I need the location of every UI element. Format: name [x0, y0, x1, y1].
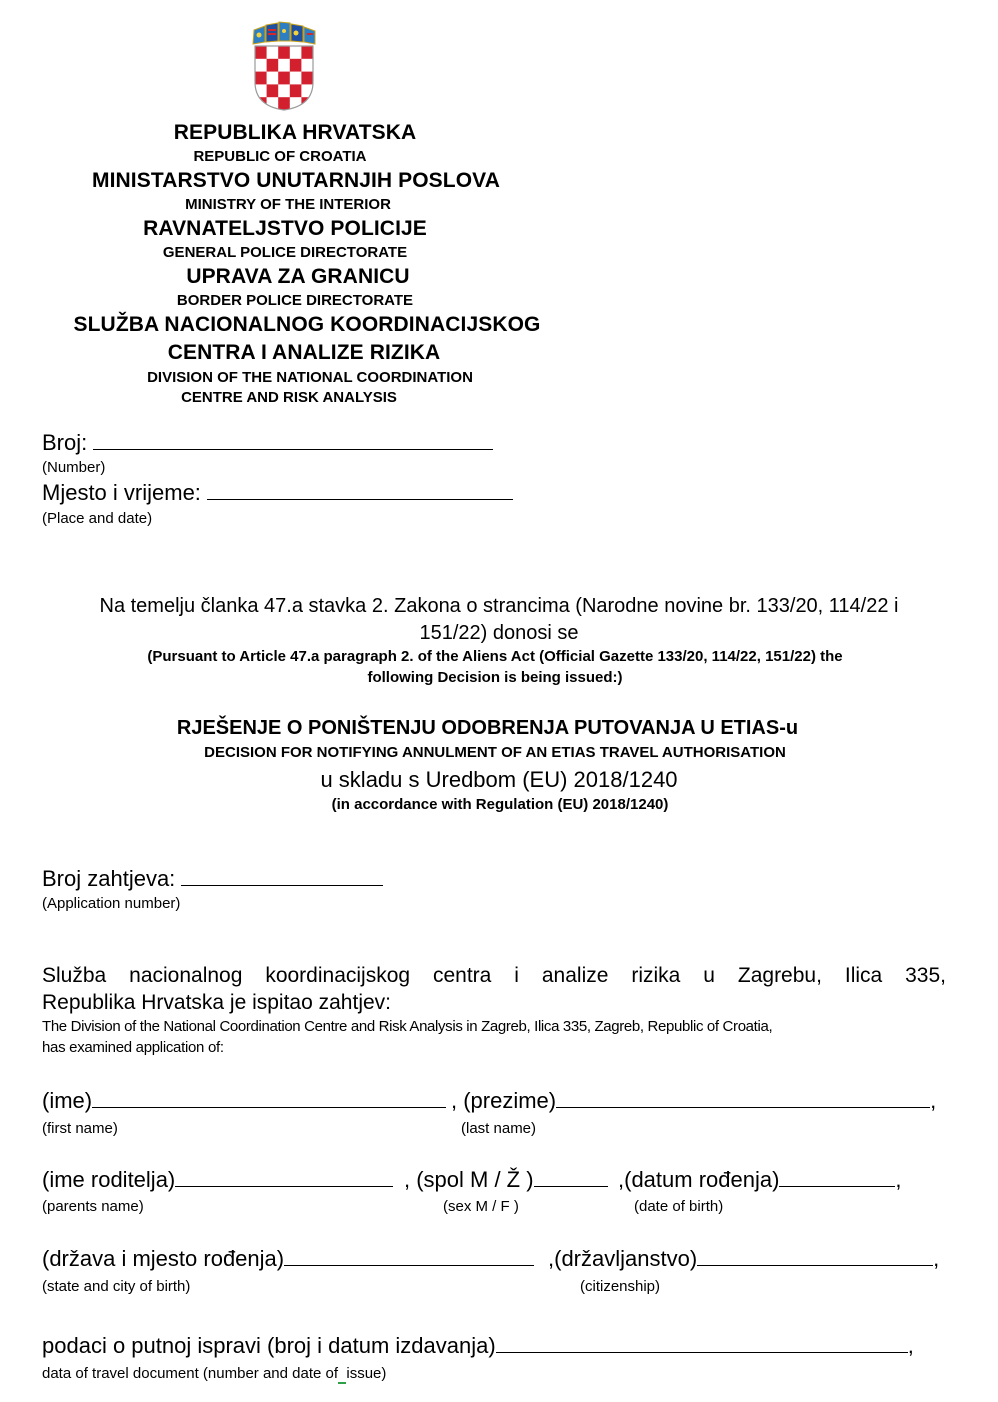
examined-en-line2: has examined application of: — [42, 1039, 224, 1056]
header-line: SLUŽBA NACIONALNOG KOORDINACIJSKOG — [0, 313, 614, 337]
separator: , — [933, 1246, 939, 1271]
travel-document-input[interactable] — [496, 1334, 908, 1353]
number-sublabel: (Number) — [42, 459, 105, 476]
number-input[interactable] — [93, 431, 493, 450]
header-line: CENTRE AND RISK ANALYSIS — [0, 389, 578, 406]
first-name-input[interactable] — [92, 1089, 446, 1108]
examined-en-line1: The Division of the National Coordinatio… — [42, 1018, 772, 1035]
last-name-label: , (prezime) — [451, 1088, 556, 1113]
parents-name-label: (ime roditelja) — [42, 1167, 175, 1192]
sex-sublabel: (sex M / F ) — [443, 1198, 519, 1215]
travel-document-label: podaci o putnoj ispravi (broj i datum iz… — [42, 1333, 496, 1358]
travel-document-sublabel-text: issue) — [346, 1365, 386, 1382]
citizenship-field[interactable]: ,(državljanstvo), — [548, 1246, 939, 1272]
citizenship-label: ,(državljanstvo) — [548, 1246, 697, 1271]
date-of-birth-sublabel: (date of birth) — [634, 1198, 723, 1215]
croatian-coat-of-arms-icon — [249, 20, 319, 112]
application-number-field[interactable]: Broj zahtjeva: — [42, 866, 383, 892]
header-line: MINISTARSTVO UNUTARNJIH POSLOVA — [0, 169, 592, 193]
birth-place-field[interactable]: (država i mjesto rođenja) — [42, 1246, 534, 1272]
application-number-input[interactable] — [181, 867, 383, 886]
header-line: REPUBLIKA HRVATSKA — [0, 121, 590, 145]
legal-basis-hr-line1: Na temelju članka 47.a stavka 2. Zakona … — [0, 595, 998, 618]
travel-document-field[interactable]: podaci o putnoj ispravi (broj i datum iz… — [42, 1333, 914, 1359]
separator: , — [908, 1333, 914, 1358]
legal-basis-en-line2: following Decision is being issued:) — [0, 669, 990, 686]
separator: , — [895, 1167, 901, 1192]
legal-basis-en-line1: (Pursuant to Article 47.a paragraph 2. o… — [0, 648, 990, 665]
header-line: DIVISION OF THE NATIONAL COORDINATION — [0, 369, 620, 386]
regulation-hr: u skladu s Uredbom (EU) 2018/1240 — [0, 767, 998, 793]
date-of-birth-input[interactable] — [779, 1168, 895, 1187]
first-name-field[interactable]: (ime) — [42, 1088, 446, 1114]
sex-label: , (spol M / Ž ) — [404, 1167, 534, 1192]
number-field[interactable]: Broj: — [42, 430, 493, 456]
birth-place-sublabel: (state and city of birth) — [42, 1278, 190, 1295]
number-label: Broj: — [42, 430, 87, 455]
birth-place-input[interactable] — [284, 1247, 534, 1266]
citizenship-sublabel: (citizenship) — [580, 1278, 660, 1295]
separator: , — [930, 1088, 936, 1113]
header-line: RAVNATELJSTVO POLICIJE — [0, 217, 570, 241]
decision-title-en: DECISION FOR NOTIFYING ANNULMENT OF AN E… — [0, 744, 990, 761]
parents-name-sublabel: (parents name) — [42, 1198, 144, 1215]
last-name-sublabel: (last name) — [461, 1120, 536, 1137]
examined-hr-line2: Republika Hrvatska je ispitao zahtjev: — [42, 991, 391, 1015]
regulation-en: (in accordance with Regulation (EU) 2018… — [0, 796, 998, 813]
date-of-birth-label: ,(datum rođenja) — [618, 1167, 779, 1192]
place-date-field[interactable]: Mjesto i vrijeme: — [42, 480, 513, 506]
parents-name-field[interactable]: (ime roditelja) — [42, 1167, 393, 1193]
sex-input[interactable] — [534, 1168, 608, 1187]
header-line: REPUBLIC OF CROATIA — [0, 148, 560, 165]
travel-document-sublabel-text: data of travel document (number and date… — [42, 1365, 338, 1382]
legal-basis-hr-line2: 151/22) donosi se — [0, 622, 998, 645]
decision-title-hr: RJEŠENJE O PONIŠTENJU ODOBRENJA PUTOVANJ… — [0, 717, 975, 740]
header-line: MINISTRY OF THE INTERIOR — [0, 196, 576, 213]
place-date-sublabel: (Place and date) — [42, 510, 152, 527]
place-date-label: Mjesto i vrijeme: — [42, 480, 201, 505]
last-name-input[interactable] — [556, 1089, 930, 1108]
header-line: CENTRA I ANALIZE RIZIKA — [0, 341, 608, 365]
application-number-sublabel: (Application number) — [42, 895, 180, 912]
examined-hr-line1: Služba nacionalnog koordinacijskog centr… — [42, 964, 946, 988]
sex-field[interactable]: , (spol M / Ž ) — [404, 1167, 608, 1193]
place-date-input[interactable] — [207, 481, 513, 500]
first-name-sublabel: (first name) — [42, 1120, 118, 1137]
parents-name-input[interactable] — [175, 1168, 393, 1187]
date-of-birth-field[interactable]: ,(datum rođenja), — [618, 1167, 902, 1193]
application-number-label: Broj zahtjeva: — [42, 866, 175, 891]
last-name-field[interactable]: , (prezime), — [451, 1088, 936, 1114]
travel-document-sublabel: data of travel document (number and date… — [42, 1365, 386, 1382]
header-line: GENERAL POLICE DIRECTORATE — [0, 244, 570, 261]
header-line: BORDER POLICE DIRECTORATE — [0, 292, 590, 309]
first-name-label: (ime) — [42, 1088, 92, 1113]
birth-place-label: (država i mjesto rođenja) — [42, 1246, 284, 1271]
citizenship-input[interactable] — [697, 1247, 933, 1266]
header-line: UPRAVA ZA GRANICU — [0, 265, 596, 289]
